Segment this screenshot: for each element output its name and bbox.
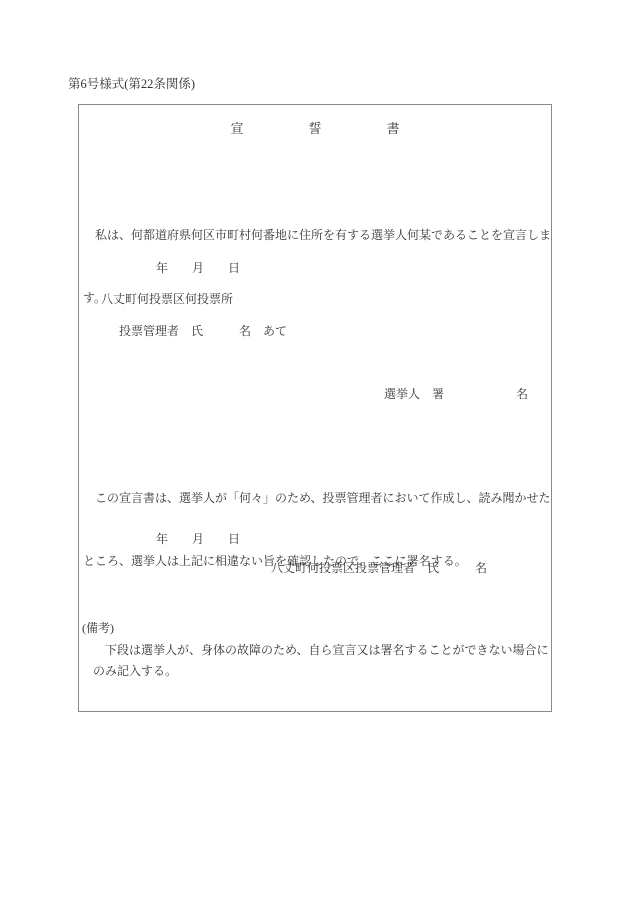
remarks-note-line-2: のみ記入する。 bbox=[93, 663, 177, 679]
form-border-box: 宣 誓 書 私は、何都道府県何区市町村何番地に住所を有する選挙人何某であることを… bbox=[78, 104, 552, 712]
attestation-paragraph: この宣言書は、選挙人が「何々」のため、投票管理者において作成し、読み聞かせた と… bbox=[83, 446, 551, 614]
polling-place-line: 八丈町何投票区何投票所 bbox=[101, 291, 233, 307]
declaration-line-1: 私は、何都道府県何区市町村何番地に住所を有する選挙人何某であることを宣言しま bbox=[83, 225, 551, 246]
remarks-note-line-1: 下段は選挙人が、身体の故障のため、自ら宣言又は署名することができない場合に bbox=[105, 642, 549, 658]
declaration-date-line: 年 月 日 bbox=[156, 260, 240, 276]
remarks-label: (備考) bbox=[82, 620, 114, 636]
attestation-date-line: 年 月 日 bbox=[156, 531, 240, 547]
attestation-line-1: この宣言書は、選挙人が「何々」のため、投票管理者において作成し、読み聞かせた bbox=[83, 488, 551, 509]
addressee-line: 投票管理者 氏 名 あて bbox=[119, 323, 287, 339]
document-page: 第6号様式(第22条関係) 宣 誓 書 私は、何都道府県何区市町村何番地に住所を… bbox=[0, 0, 630, 903]
elector-signature-line: 選挙人 署 名 bbox=[384, 386, 528, 402]
manager-signature-line: 八丈町何投票区投票管理者 氏 名 bbox=[271, 560, 487, 576]
document-title: 宣 誓 書 bbox=[79, 120, 551, 137]
form-number-label: 第6号様式(第22条関係) bbox=[68, 76, 195, 92]
